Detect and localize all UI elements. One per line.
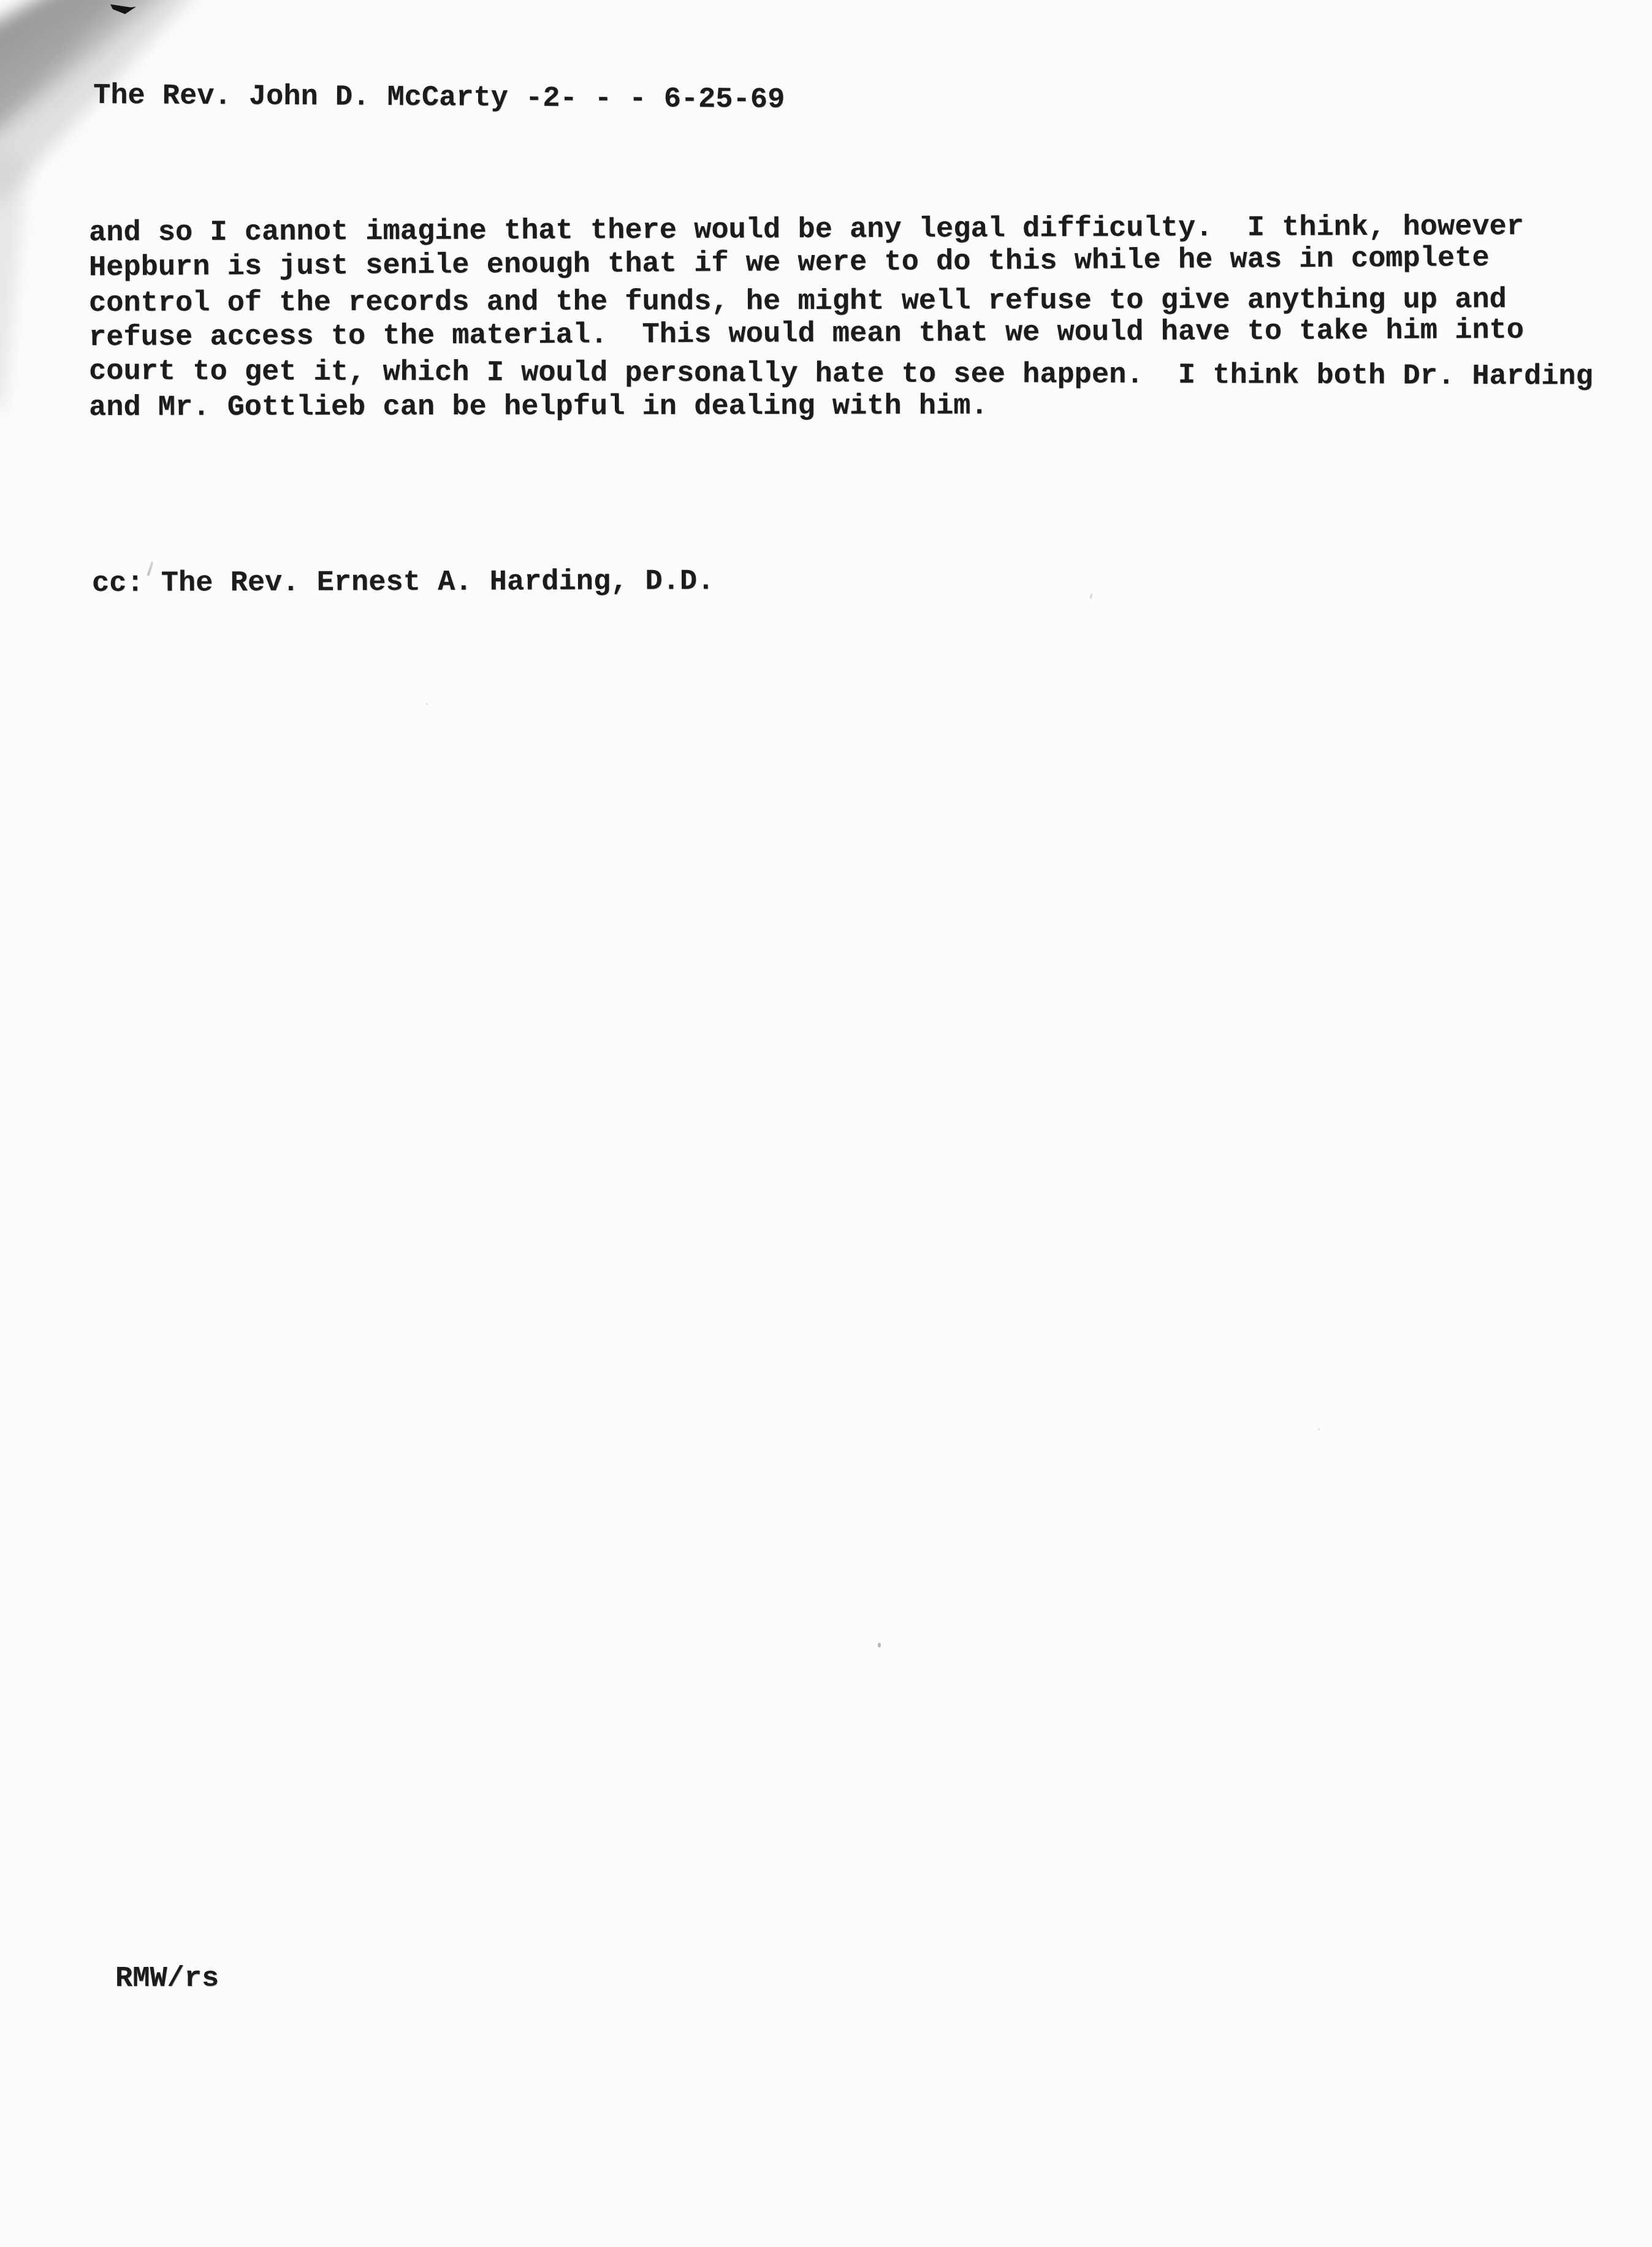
page-header-line: The Rev. John D. McCarty -2- - - 6-25-69 (93, 78, 785, 118)
body-paragraph: and so I cannot imagine that there would… (89, 216, 1593, 425)
body-line: and Mr. Gottlieb can be helpful in deali… (89, 388, 1593, 425)
paper-speck (426, 703, 428, 705)
smudge-tail (0, 147, 28, 417)
smudge-band-dark (0, 0, 184, 156)
paper-speck (878, 1643, 881, 1648)
typist-initials: RMW/rs (115, 1961, 219, 1996)
paper-speck (1318, 1428, 1320, 1431)
corner-arrow-mark (110, 4, 136, 14)
body-line: refuse access to the material. This woul… (89, 313, 1593, 355)
cc-line: cc: The Rev. Ernest A. Harding, D.D. (92, 564, 715, 601)
paper-speck (1089, 593, 1093, 599)
scanned-letter-page: The Rev. John D. McCarty -2- - - 6-25-69… (0, 0, 1652, 2247)
